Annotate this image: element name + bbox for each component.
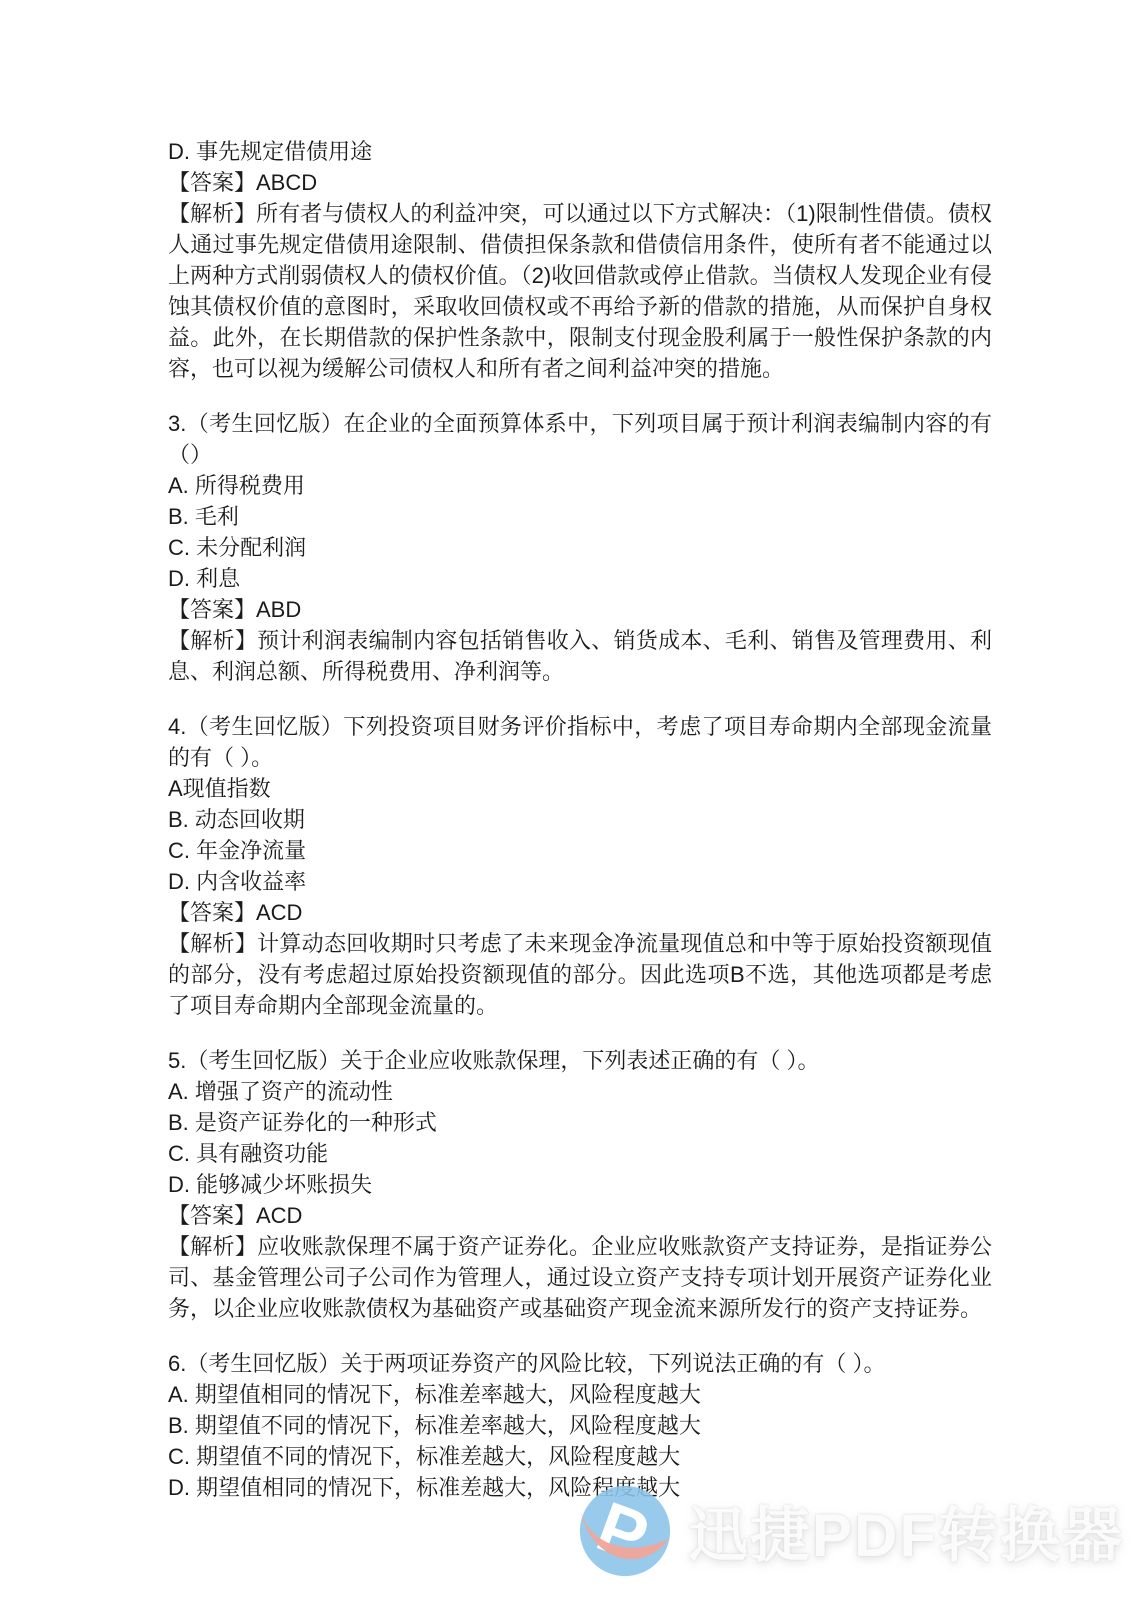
document-page: D. 事先规定借债用途 【答案】ABCD 【解析】所有者与债权人的利益冲突，可以… xyxy=(0,0,1131,1600)
question-6: 6.（考生回忆版）关于两项证券资产的风险比较，下列说法正确的有（ ）。 A. 期… xyxy=(168,1348,992,1503)
analysis-paragraph: 【解析】计算动态回收期时只考虑了未来现金净流量现值总和中等于原始投资额现值的部分… xyxy=(168,928,992,1021)
question-stem: 5.（考生回忆版）关于企业应收账款保理，下列表述正确的有（ ）。 xyxy=(168,1045,992,1076)
option-a: A. 增强了资产的流动性 xyxy=(168,1076,992,1107)
watermark: P 迅捷PDF转换器 xyxy=(576,1482,1124,1580)
option-b: B. 毛利 xyxy=(168,501,992,532)
option-c: C. 期望值不同的情况下，标准差越大，风险程度越大 xyxy=(168,1441,992,1472)
option-c: C. 年金净流量 xyxy=(168,835,992,866)
question-4: 4.（考生回忆版）下列投资项目财务评价指标中，考虑了项目寿命期内全部现金流量的有… xyxy=(168,711,992,1021)
question-stem: 4.（考生回忆版）下列投资项目财务评价指标中，考虑了项目寿命期内全部现金流量的有… xyxy=(168,711,992,773)
analysis-paragraph: 【解析】所有者与债权人的利益冲突，可以通过以下方式解决：（1)限制性借债。债权人… xyxy=(168,198,992,384)
option-d: D. 利息 xyxy=(168,563,992,594)
answer-line: 【答案】ACD xyxy=(168,1200,992,1231)
question-2-remainder: D. 事先规定借债用途 【答案】ABCD 【解析】所有者与债权人的利益冲突，可以… xyxy=(168,136,992,384)
question-stem: 6.（考生回忆版）关于两项证券资产的风险比较，下列说法正确的有（ ）。 xyxy=(168,1348,992,1379)
question-5: 5.（考生回忆版）关于企业应收账款保理，下列表述正确的有（ ）。 A. 增强了资… xyxy=(168,1045,992,1324)
answer-line: 【答案】ACD xyxy=(168,897,992,928)
answer-line: 【答案】ABCD xyxy=(168,167,992,198)
page-content: D. 事先规定借债用途 【答案】ABCD 【解析】所有者与债权人的利益冲突，可以… xyxy=(168,136,992,1503)
question-3: 3.（考生回忆版）在企业的全面预算体系中，下列项目属于预计利润表编制内容的有（）… xyxy=(168,408,992,687)
option-b: B. 期望值不同的情况下，标准差率越大，风险程度越大 xyxy=(168,1410,992,1441)
answer-line: 【答案】ABD xyxy=(168,594,992,625)
option-a: A. 期望值相同的情况下，标准差率越大，风险程度越大 xyxy=(168,1379,992,1410)
option-d: D. 能够减少坏账损失 xyxy=(168,1169,992,1200)
option-c: C. 具有融资功能 xyxy=(168,1138,992,1169)
option-a: A现值指数 xyxy=(168,773,992,804)
option-d: D. 内含收益率 xyxy=(168,866,992,897)
option-b: B. 动态回收期 xyxy=(168,804,992,835)
pdf-converter-logo-icon: P xyxy=(576,1482,674,1580)
analysis-paragraph: 【解析】预计利润表编制内容包括销售收入、销货成本、毛利、销售及管理费用、利息、利… xyxy=(168,625,992,687)
analysis-paragraph: 【解析】应收账款保理不属于资产证券化。企业应收账款资产支持证券，是指证券公司、基… xyxy=(168,1231,992,1324)
option-a: A. 所得税费用 xyxy=(168,470,992,501)
option-d: D. 事先规定借债用途 xyxy=(168,136,992,167)
option-b: B. 是资产证券化的一种形式 xyxy=(168,1107,992,1138)
watermark-text: 迅捷PDF转换器 xyxy=(688,1488,1124,1574)
question-stem: 3.（考生回忆版）在企业的全面预算体系中，下列项目属于预计利润表编制内容的有（） xyxy=(168,408,992,470)
option-c: C. 未分配利润 xyxy=(168,532,992,563)
